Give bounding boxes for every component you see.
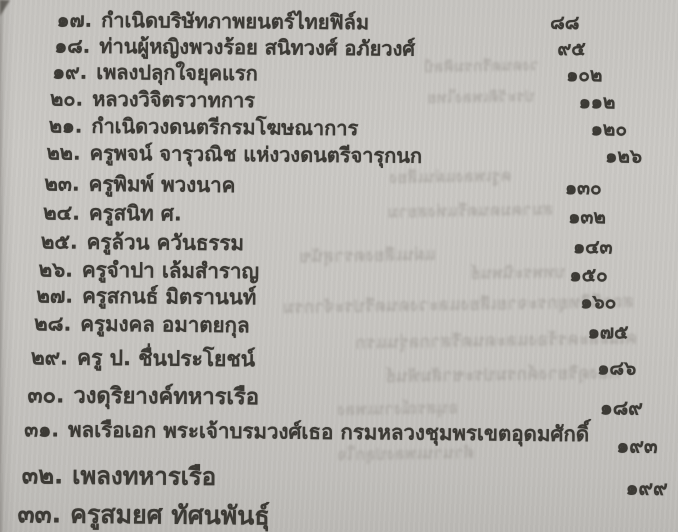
entry-page-number: ๑๒๖: [579, 141, 669, 172]
entry-number: ๓๒.: [22, 455, 64, 494]
table-of-contents: ๑๗.กำเนิดบริษัทภาพยนตร์ไทยฟิล์ม๘๘ ๑๘.ท่า…: [0, 0, 678, 532]
toc-entry: ๒๙.ครู ป. ชื่นประโยชน์๑๘๖: [0, 341, 675, 383]
entry-title: ครู ป. ชื่นประโยชน์: [77, 346, 255, 372]
entry-title: เพลงปลุกใจยุคแรก: [96, 60, 258, 85]
entry-title: ครูสมยศ ทัศนพันธุ์: [70, 500, 270, 531]
entry-number: ๓๐.: [27, 377, 64, 412]
entry-number: ๒๙.: [31, 341, 68, 374]
entry-page-number: ๑๙๓: [592, 429, 678, 462]
entry-page-number: [270, 496, 360, 497]
entry-title: เพลงทหารเรือ: [72, 462, 216, 491]
toc-entry: ๓๓.ครูสมยศ ทัศนพันธุ์: [0, 494, 674, 532]
toc-entry: ๓๐.วงดุริยางค์ทหารเรือ๑๘๙: [0, 377, 675, 419]
entry-title: ครูสนิท ศ.: [89, 201, 182, 226]
toc-entry: ๓๒.เพลงทหารเรือ๑๙๙: [0, 455, 674, 500]
entry-title: วงดุริยางค์ทหารเรือ: [73, 384, 259, 411]
entry-number: ๒๘.: [34, 307, 71, 340]
entry-number: ๒๒.: [47, 136, 81, 168]
entry-title: พลเรือเอก พระเจ้าบรมวงศ์เธอ กรมหลวงชุมพร…: [68, 418, 589, 447]
entry-title: หลวงวิจิตรวาทการ: [92, 87, 255, 112]
entry-number: ๓๑.: [24, 413, 59, 446]
entry-page-number: ๑๗๕: [563, 317, 653, 348]
entry-title: ครูล้วน ควันธรรม: [87, 230, 244, 255]
entry-title: ครูสกนธ์ มิตรานนท์: [82, 284, 256, 310]
toc-entry: ๓๑.พลเรือเอก พระเจ้าบรมวงศ์เธอ กรมหลวงชุ…: [0, 413, 674, 461]
entry-title: ครูพิมพ์ พวงนาค: [89, 172, 236, 197]
entry-page-number: ๑๓๐: [538, 173, 628, 204]
entry-title: ครูมงคล อมาตยกุล: [80, 312, 249, 337]
page-corner-shadow: [0, 0, 10, 16]
entry-page-number: ๑๓๒: [542, 202, 632, 233]
entry-page-number: ๑๘๖: [572, 353, 662, 384]
entry-number: ๓๓.: [17, 494, 61, 532]
entry-title: ครูพจน์ จารุวณิช แห่งวงดนตรีจารุกนก: [90, 141, 423, 168]
